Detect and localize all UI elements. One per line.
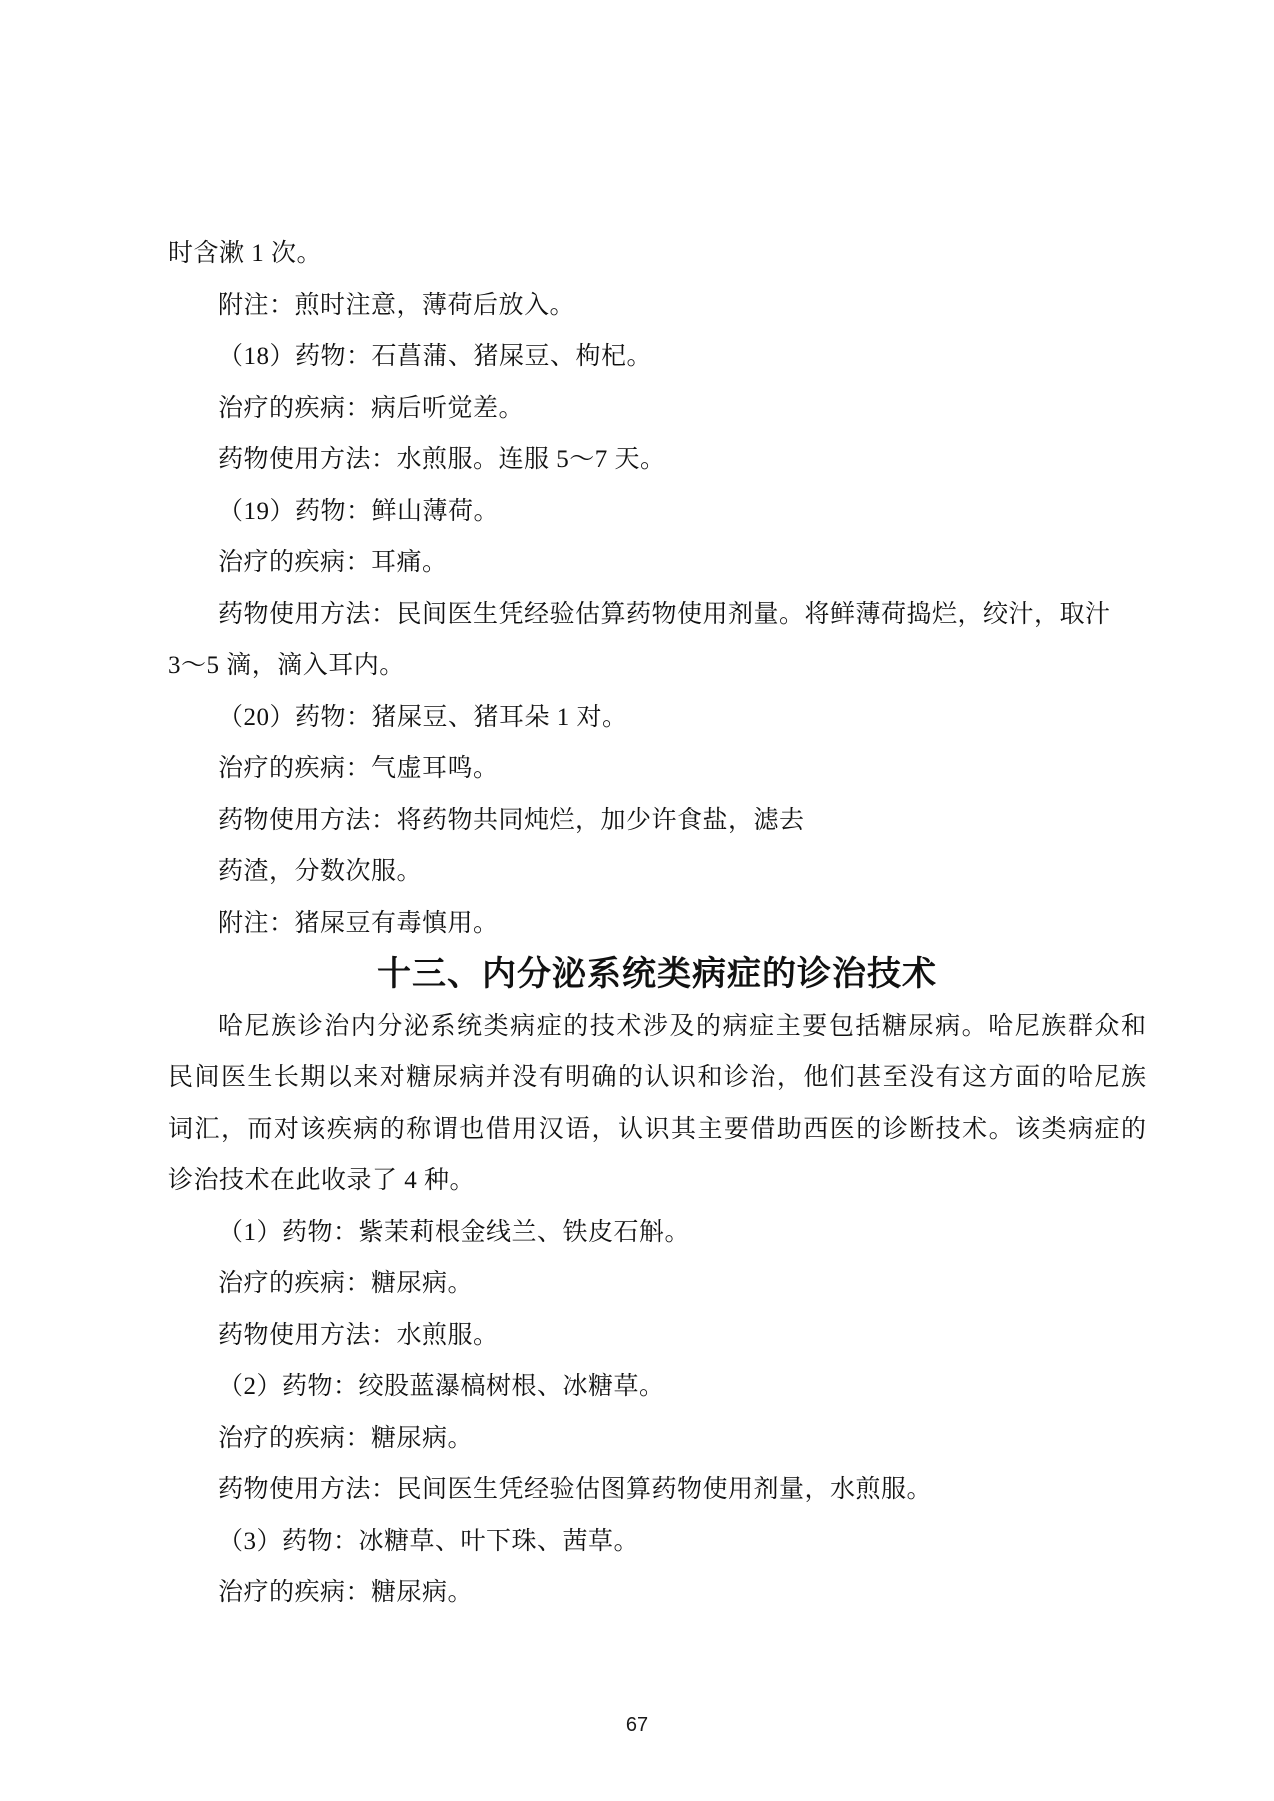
text-line: 民间医生长期以来对糖尿病并没有明确的认识和诊治，他们甚至没有这方面的哈尼族 xyxy=(168,1052,1146,1104)
text-line: 药物使用方法：民间医生凭经验估算药物使用剂量。将鲜薄荷捣烂，绞汁，取汁 xyxy=(168,589,1146,641)
text-line: （20）药物：猪屎豆、猪耳朵 1 对。 xyxy=(168,692,1146,744)
text-line: （18）药物：石菖蒲、猪屎豆、枸杞。 xyxy=(168,331,1146,383)
text-line: （1）药物：紫茉莉根金线兰、铁皮石斛。 xyxy=(168,1207,1146,1259)
text-line: （19）药物：鲜山薄荷。 xyxy=(168,486,1146,538)
text-line: 附注：煎时注意，薄荷后放入。 xyxy=(168,280,1146,332)
text-line: 诊治技术在此收录了 4 种。 xyxy=(168,1155,1146,1207)
text-line: 治疗的疾病：气虚耳鸣。 xyxy=(168,743,1146,795)
text-line: 治疗的疾病：糖尿病。 xyxy=(168,1567,1146,1619)
text-line: 治疗的疾病：糖尿病。 xyxy=(168,1413,1146,1465)
section-heading: 十三、内分泌系统类病症的诊治技术 xyxy=(168,949,1146,1001)
text-line: （2）药物：绞股蓝瀑槁树根、冰糖草。 xyxy=(168,1361,1146,1413)
document-page: 时含漱 1 次。附注：煎时注意，薄荷后放入。（18）药物：石菖蒲、猪屎豆、枸杞。… xyxy=(0,0,1274,1801)
text-line: 3～5 滴，滴入耳内。 xyxy=(168,640,1146,692)
text-block: 时含漱 1 次。附注：煎时注意，薄荷后放入。（18）药物：石菖蒲、猪屎豆、枸杞。… xyxy=(168,228,1146,1619)
text-line: 药物使用方法：水煎服。连服 5～7 天。 xyxy=(168,434,1146,486)
text-line: 附注：猪屎豆有毒慎用。 xyxy=(168,898,1146,950)
text-line: 药物使用方法：水煎服。 xyxy=(168,1310,1146,1362)
text-line: 治疗的疾病：病后听觉差。 xyxy=(168,383,1146,435)
text-line: （3）药物：冰糖草、叶下珠、茜草。 xyxy=(168,1516,1146,1568)
text-line: 药物使用方法：民间医生凭经验估图算药物使用剂量，水煎服。 xyxy=(168,1464,1146,1516)
text-line: 治疗的疾病：耳痛。 xyxy=(168,537,1146,589)
text-line: 时含漱 1 次。 xyxy=(168,228,1146,280)
text-line: 词汇，而对该疾病的称谓也借用汉语，认识其主要借助西医的诊断技术。该类病症的 xyxy=(168,1104,1146,1156)
page-number: 67 xyxy=(0,1714,1274,1737)
text-line: 药渣，分数次服。 xyxy=(168,846,1146,898)
text-line: 药物使用方法：将药物共同炖烂，加少许食盐，滤去 xyxy=(168,795,1146,847)
text-line: 哈尼族诊治内分泌系统类病症的技术涉及的病症主要包括糖尿病。哈尼族群众和 xyxy=(168,1001,1146,1053)
text-line: 治疗的疾病：糖尿病。 xyxy=(168,1258,1146,1310)
